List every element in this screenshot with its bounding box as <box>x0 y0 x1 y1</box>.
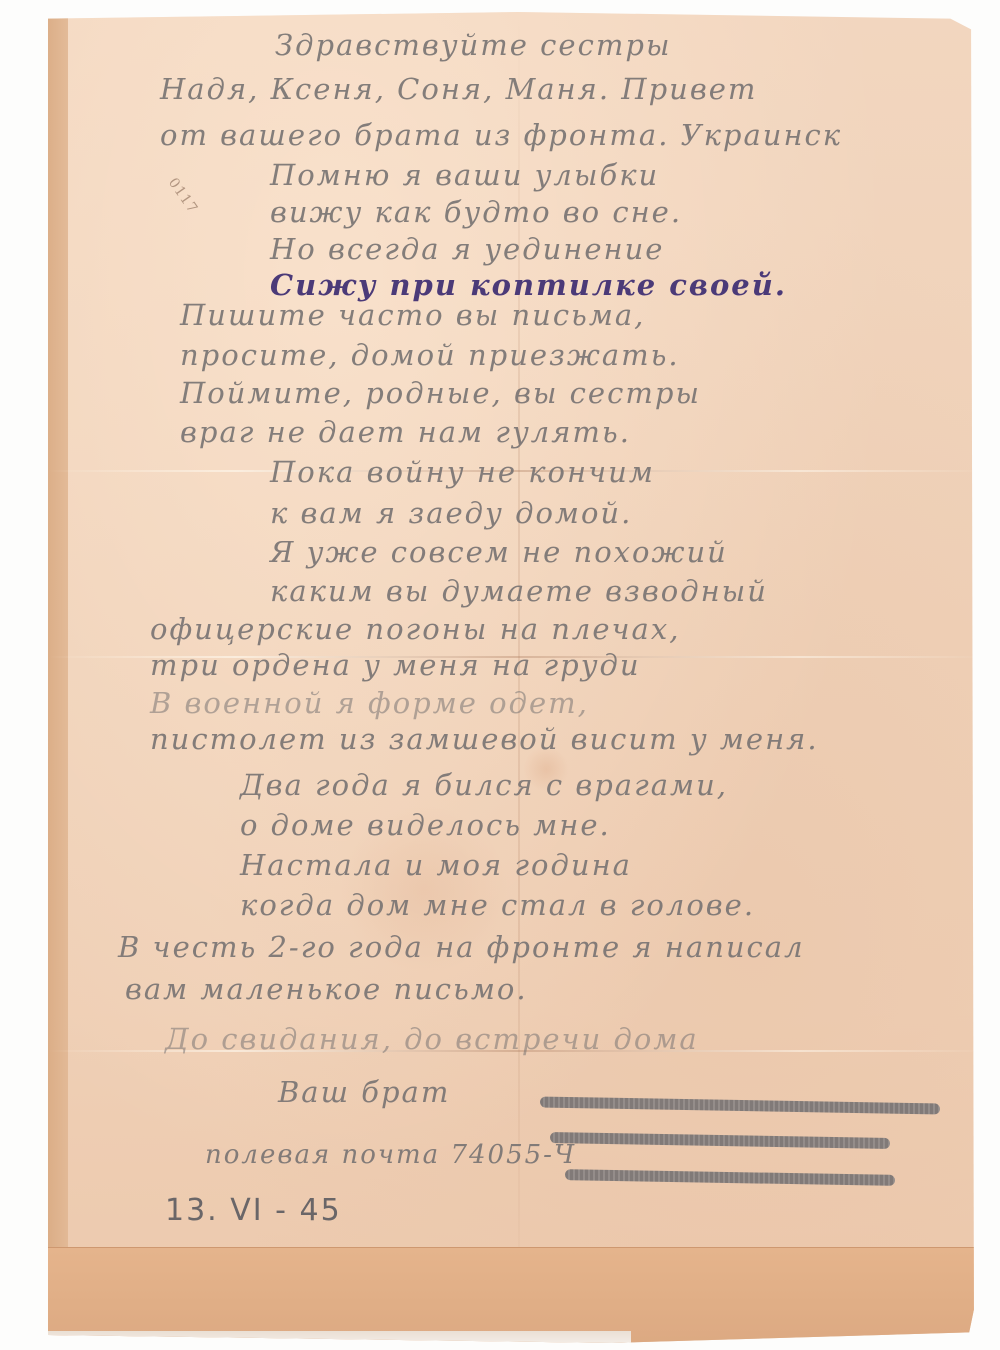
torn-edge <box>48 1331 631 1343</box>
verse-line: просите, домой приезжать. <box>180 338 680 372</box>
verse-line: Пока войну не кончим <box>270 455 655 489</box>
verse-line-ink: Сижу при коптилке своей. <box>270 268 787 302</box>
paper-edge-strip <box>48 8 68 1343</box>
greeting-line: Надя, Ксеня, Соня, Маня. Привет <box>160 72 757 106</box>
verse-line: Но всегда я уединение <box>270 232 664 266</box>
verse-line: В военной я форме одет, <box>150 686 589 720</box>
closing-line: В честь 2-го года на фронте я написал <box>118 930 805 964</box>
scan-background: 0117 Здравствуйте сестры Надя, Ксеня, Со… <box>0 0 1000 1350</box>
field-post-address: полевая почта 74055-Ч <box>205 1140 576 1170</box>
verse-line: враг не дает нам гулять. <box>180 415 631 449</box>
letter-date: 13. VI - 45 <box>165 1193 342 1228</box>
closing-line: вам маленькое письмо. <box>125 972 528 1006</box>
verse-line: вижу как будто во сне. <box>270 195 682 229</box>
verse-line: Я уже совсем не похожий <box>270 535 728 569</box>
closing-line: До свидания, до встречи дома <box>165 1022 699 1056</box>
stamp-mark: 0117 <box>165 175 201 217</box>
verse-line: пистолет из замшевой висит у меня. <box>150 722 819 756</box>
verse-line: когда дом мне стал в голове. <box>240 888 755 922</box>
verse-line: каким вы думаете взводный <box>270 574 768 608</box>
greeting-line: от вашего брата из фронта. Украинск <box>160 118 842 152</box>
verse-line: Настала и моя година <box>240 848 632 882</box>
greeting-line: Здравствуйте сестры <box>275 28 672 62</box>
verse-line: Пишите часто вы письма, <box>180 298 645 332</box>
tape-strip <box>48 1247 988 1343</box>
verse-line: Помню я ваши улыбки <box>270 158 659 192</box>
verse-line: Поймите, родные, вы сестры <box>180 376 701 410</box>
verse-line: к вам я заеду домой. <box>270 496 632 530</box>
verse-line: Два года я бился с врагами, <box>240 768 728 802</box>
verse-line: офицерские погоны на плечах, <box>150 612 680 646</box>
verse-line: три ордена у меня на груди <box>150 648 641 682</box>
signature: Ваш брат <box>278 1075 450 1109</box>
verse-line: о доме виделось мне. <box>240 808 611 842</box>
